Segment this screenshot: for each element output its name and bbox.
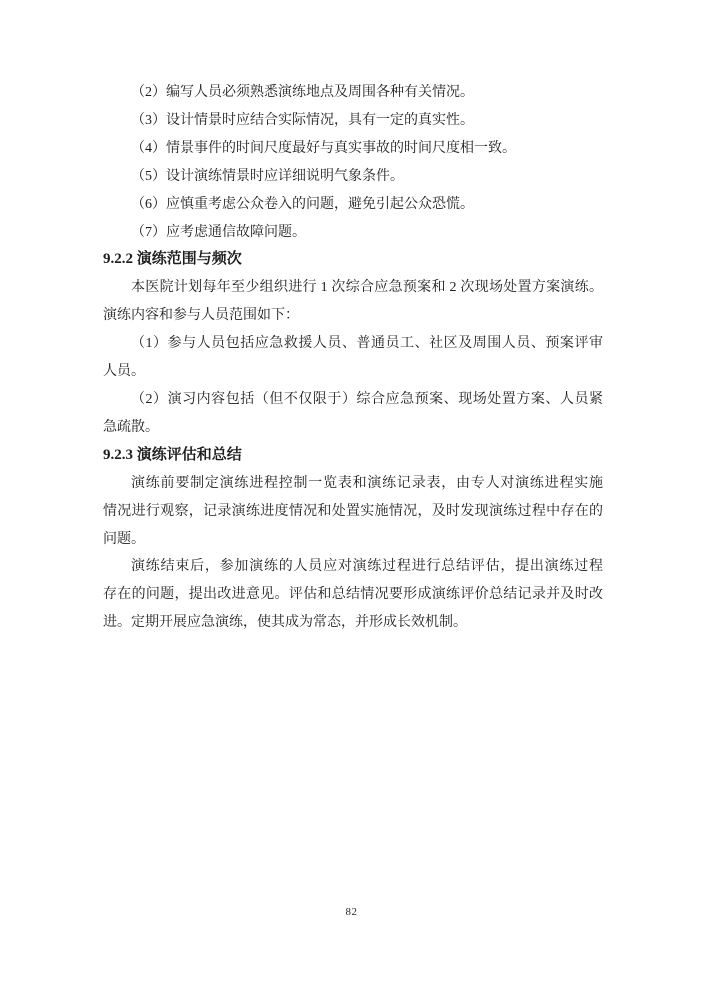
- list-item: （5）设计演练情景时应详细说明气象条件。: [103, 163, 603, 191]
- paragraph-line: （1）参与人员包括应急救援人员、普通员工、社区及周围人员、预案评审: [103, 330, 603, 358]
- paragraph-line: 急疏散。: [103, 414, 603, 442]
- paragraph-line: （2）演习内容包括（但不仅限于）综合应急预案、现场处置方案、人员紧: [103, 386, 603, 414]
- list-item: （7）应考虑通信故障问题。: [103, 219, 603, 247]
- section-heading-9-2-2: 9.2.2 演练范围与频次: [103, 246, 603, 274]
- list-item: （6）应慎重考虑公众卷入的问题，避免引起公众恐慌。: [103, 191, 603, 219]
- paragraph-line: 演练前要制定演练进程控制一览表和演练记录表，由专人对演练进程实施: [103, 470, 603, 498]
- paragraph-line: 存在的问题，提出改进意见。评估和总结情况要形成演练评价总结记录并及时改: [103, 581, 603, 609]
- paragraph-line: 问题。: [103, 526, 603, 554]
- document-content: （2）编写人员必须熟悉演练地点及周围各种有关情况。 （3）设计情景时应结合实际情…: [103, 79, 603, 637]
- paragraph-line: 本医院计划每年至少组织进行 1 次综合应急预案和 2 次现场处置方案演练。: [103, 274, 603, 302]
- page-number: 82: [0, 906, 703, 918]
- list-item: （4）情景事件的时间尺度最好与真实事故的时间尺度相一致。: [103, 135, 603, 163]
- paragraph-line: 演练内容和参与人员范围如下：: [103, 302, 603, 330]
- paragraph-line: 人员。: [103, 358, 603, 386]
- section-heading-9-2-3: 9.2.3 演练评估和总结: [103, 442, 603, 470]
- paragraph-line: 演练结束后，参加演练的人员应对演练过程进行总结评估，提出演练过程: [103, 553, 603, 581]
- paragraph-line: 情况进行观察，记录演练进度情况和处置实施情况，及时发现演练过程中存在的: [103, 498, 603, 526]
- paragraph-line: 进。定期开展应急演练，使其成为常态，并形成长效机制。: [103, 609, 603, 637]
- list-item: （2）编写人员必须熟悉演练地点及周围各种有关情况。: [103, 79, 603, 107]
- list-item: （3）设计情景时应结合实际情况，具有一定的真实性。: [103, 107, 603, 135]
- document-page: （2）编写人员必须熟悉演练地点及周围各种有关情况。 （3）设计情景时应结合实际情…: [0, 0, 703, 994]
